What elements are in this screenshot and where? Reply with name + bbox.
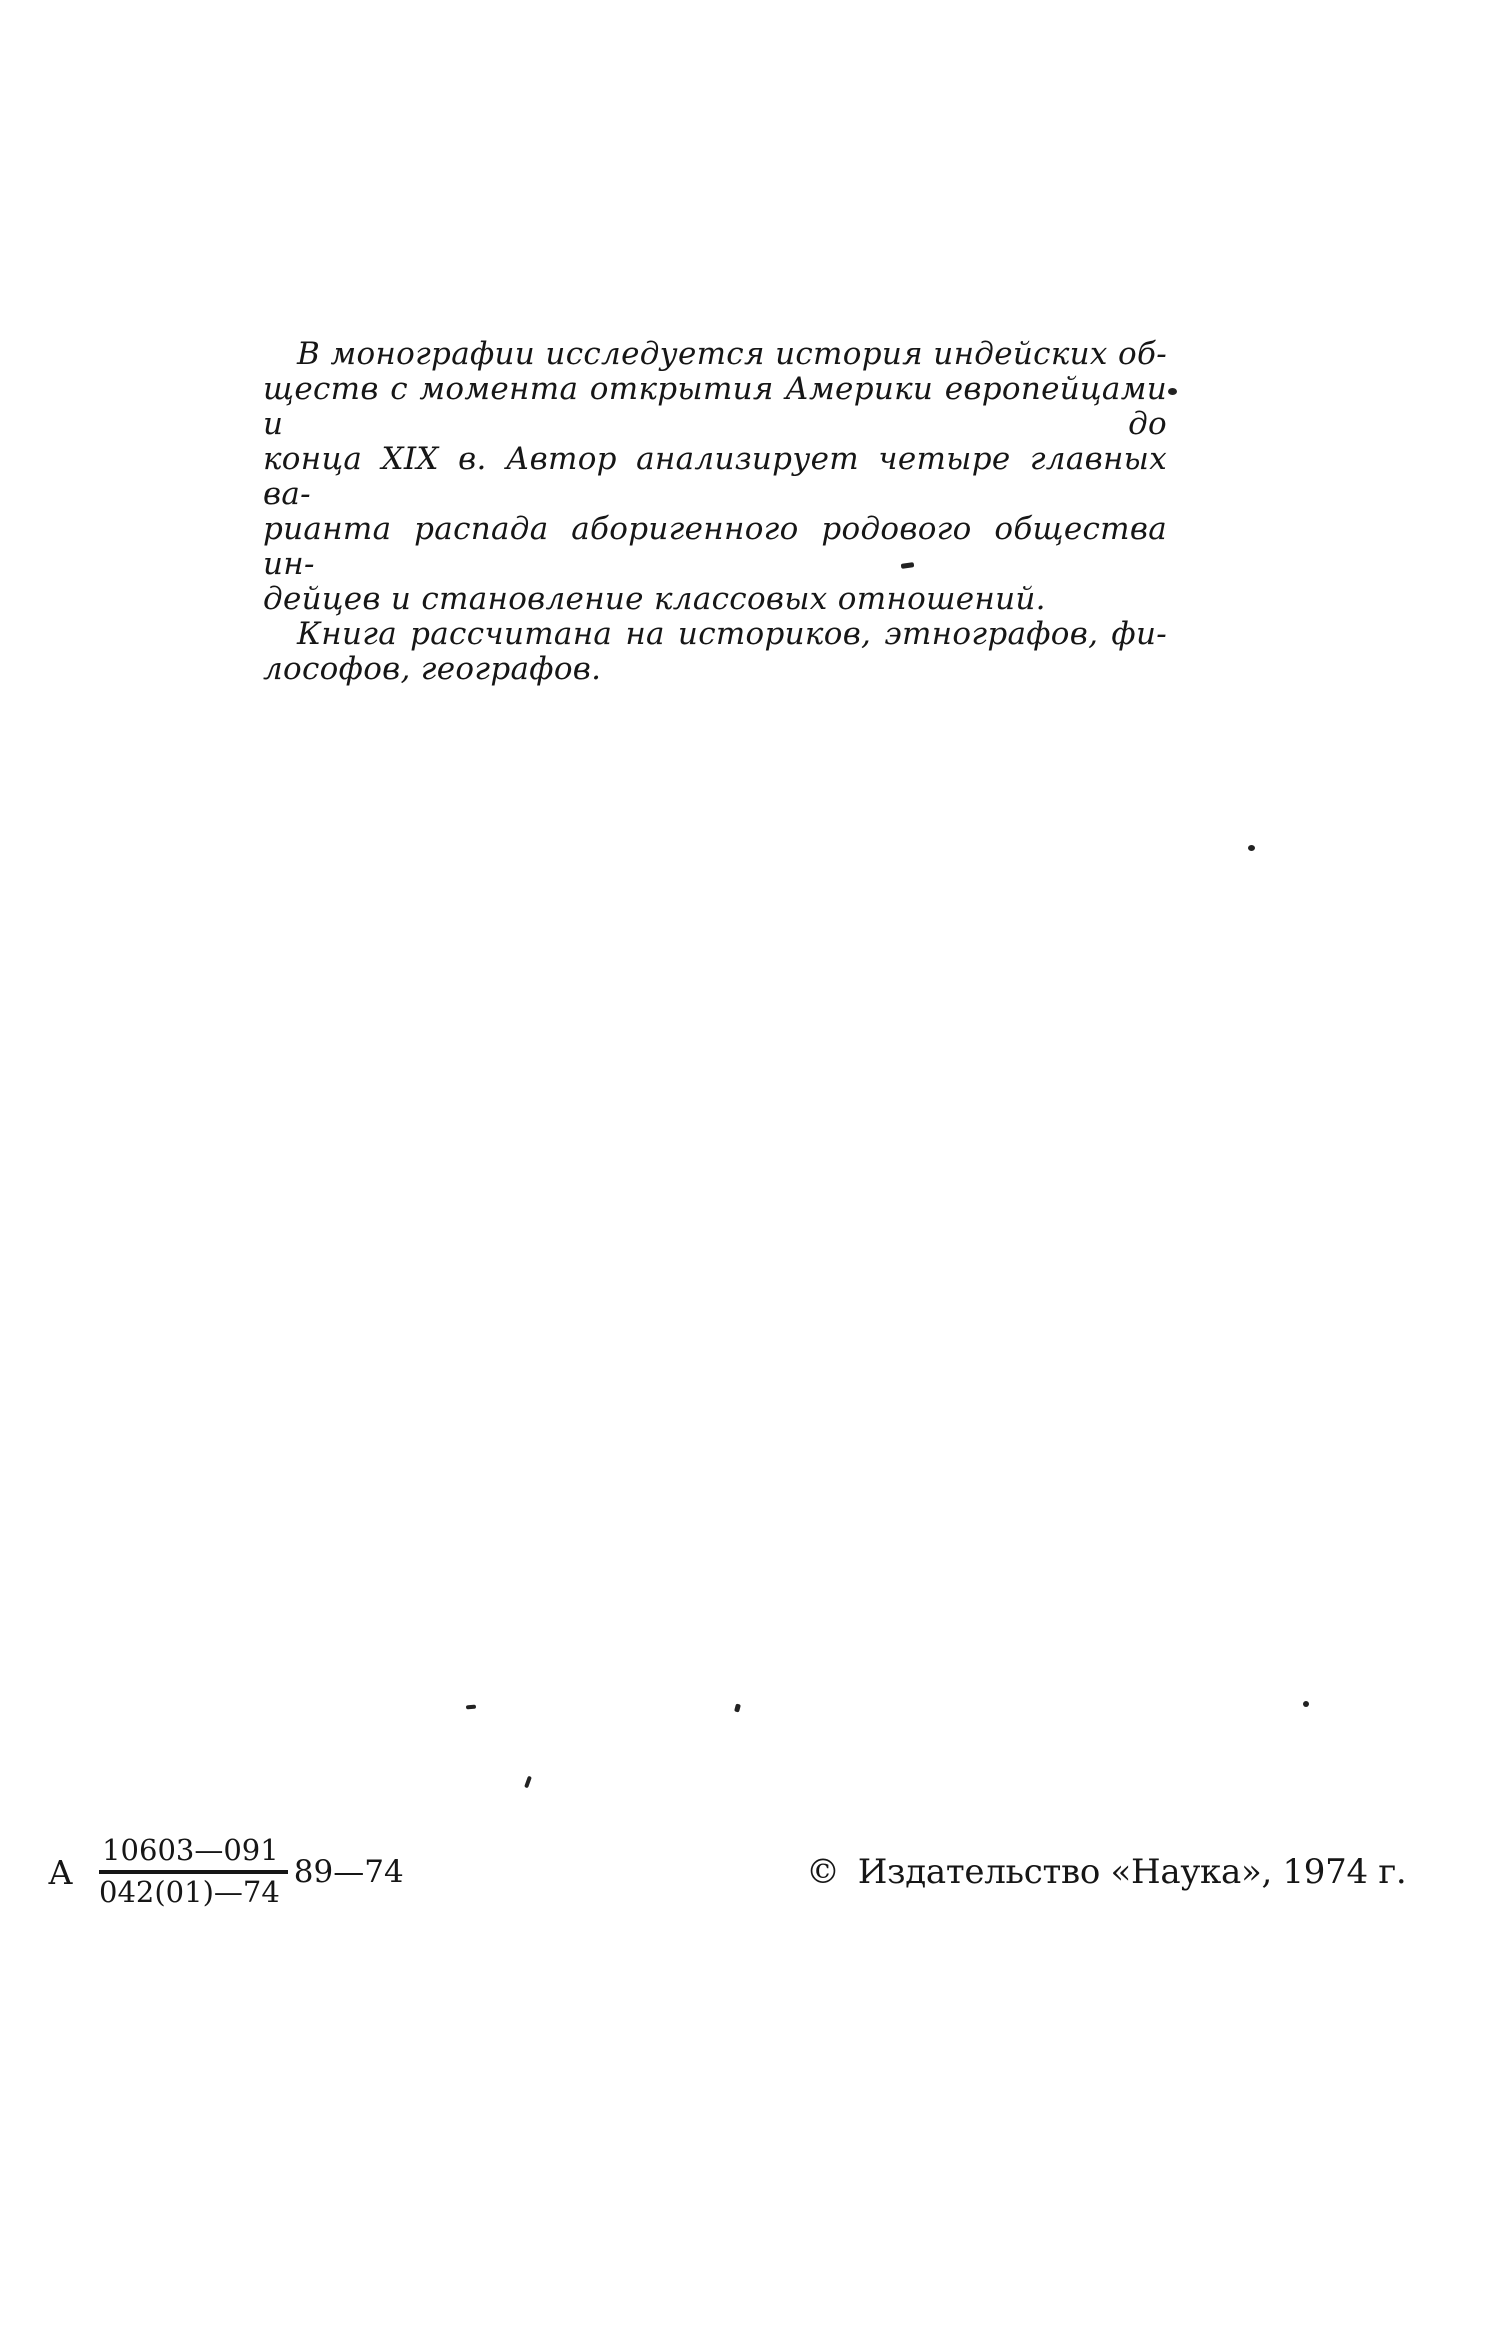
annotation-line: Книга рассчитана на историков, этнографо… [263,617,1167,652]
annotation-line: конца XIX в. Автор анализирует четыре гл… [263,442,1167,512]
catalog-index: А 10603—091 042(01)—74 89—74 [48,1830,404,1914]
scan-speck [524,1776,532,1789]
annotation-line: рианта распада аборигенного родового общ… [263,512,1167,582]
fraction-numerator: 10603—091 [100,1835,287,1870]
book-imprint-page: В монографии исследуется история индейск… [0,0,1491,2346]
scan-speck [1248,845,1255,851]
annotation-line: ществ с момента открытия Америки европей… [263,372,1167,442]
catalog-fraction: 10603—091 042(01)—74 [99,1835,288,1909]
annotation-line: дейцев и становление классовых отношений… [263,582,1167,617]
series-letter: А [48,1853,73,1892]
copyright-icon: © [806,1852,840,1892]
scan-speck [466,1705,476,1710]
copyright-line: © Издательство «Наука», 1974 г. [806,1830,1406,1914]
copyright-text: Издательство «Наука», 1974 г. [858,1852,1407,1892]
fraction-denominator: 042(01)—74 [99,1874,288,1909]
scan-speck [734,1703,741,1712]
scan-speck [1168,388,1177,395]
annotation-line: В монографии исследуется история индейск… [263,337,1167,372]
annotation-paragraph: В монографии исследуется история индейск… [263,337,1167,687]
scan-speck [1303,1701,1309,1707]
annotation-line: лософов, географов. [263,652,1167,687]
catalog-suffix: 89—74 [294,1854,404,1890]
